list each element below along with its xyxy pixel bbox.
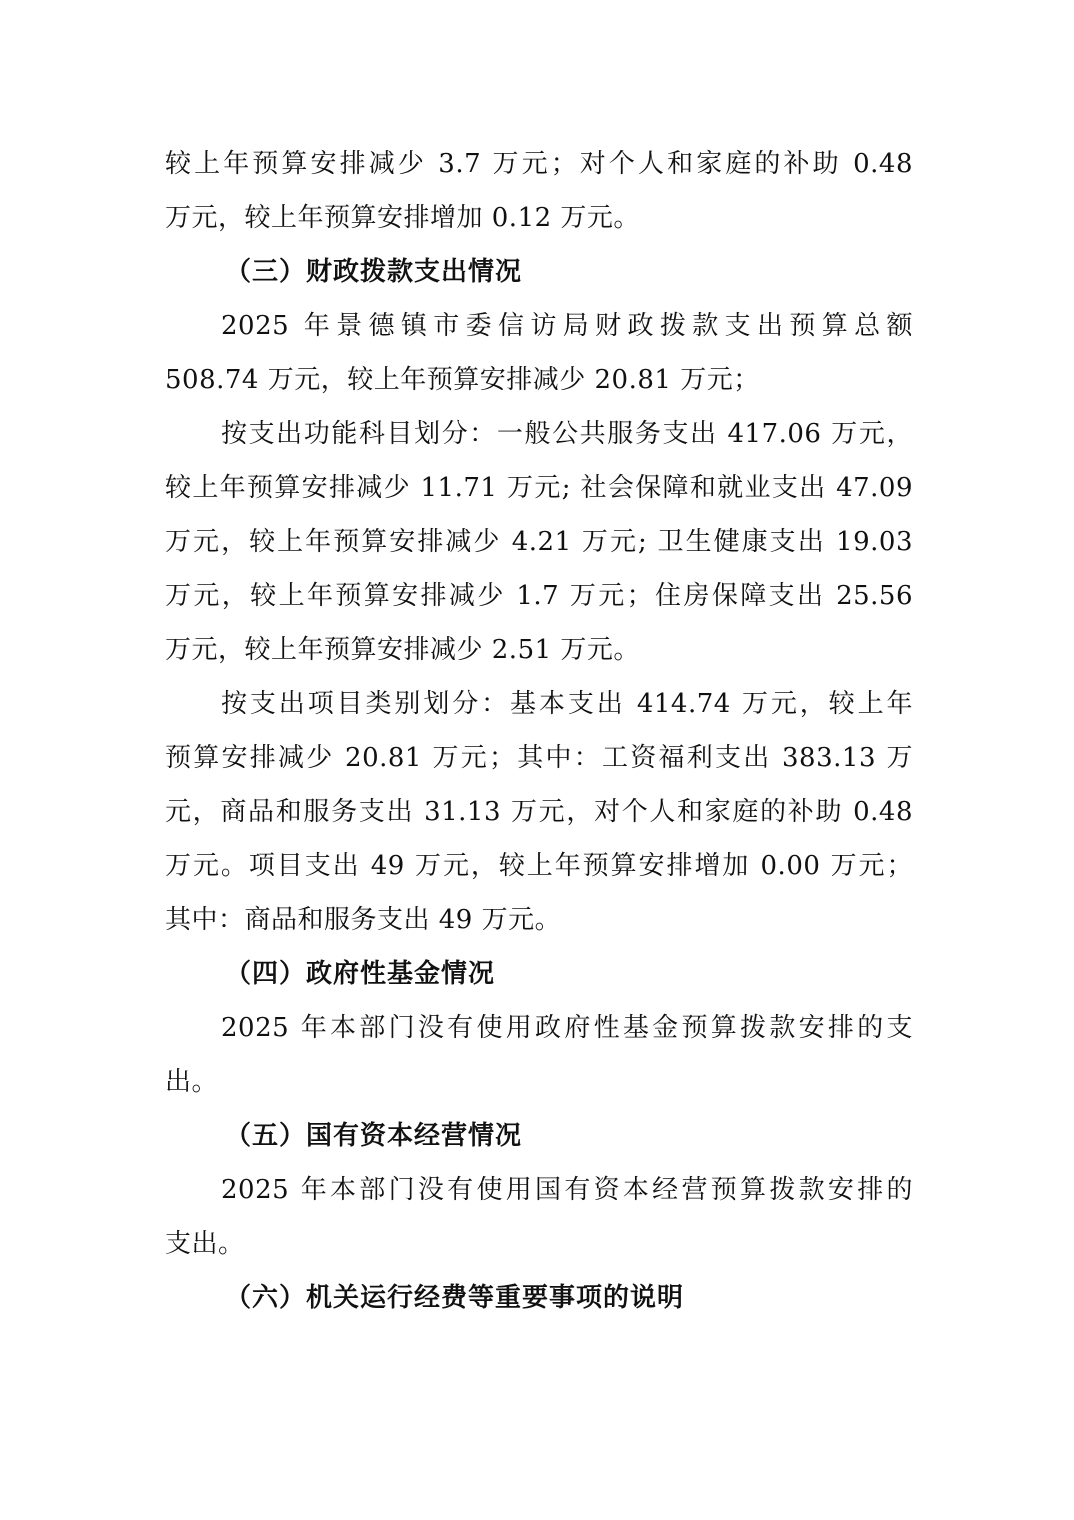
paragraph-total-budget: 2025 年景德镇市委信访局财政拨款支出预算总额 508.74 万元，较上年预算… — [165, 299, 913, 407]
section-heading-operating-expenses: （六）机关运行经费等重要事项的说明 — [165, 1271, 913, 1325]
text-line: 出。 — [165, 1055, 913, 1109]
text-line: 万元。项目支出 49 万元，较上年预算安排增加 0.00 万元； — [165, 839, 913, 893]
text-line: 较上年预算安排减少 11.71 万元; 社会保障和就业支出 47.09 — [165, 461, 913, 515]
text-line: 万元，较上年预算安排减少 4.21 万元; 卫生健康支出 19.03 — [165, 515, 913, 569]
text-line: 其中：商品和服务支出 49 万元。 — [165, 893, 913, 947]
text-line: 按支出项目类别划分：基本支出 414.74 万元，较上年 — [165, 677, 913, 731]
paragraph-state-capital-operation: 2025 年本部门没有使用国有资本经营预算拨款安排的 支出。 — [165, 1163, 913, 1271]
text-line: 预算安排减少 20.81 万元；其中：工资福利支出 383.13 万 — [165, 731, 913, 785]
text-line: 万元，较上年预算安排减少 2.51 万元。 — [165, 623, 913, 677]
text-line: 2025 年本部门没有使用国有资本经营预算拨款安排的 — [165, 1163, 913, 1217]
text-line: 万元，较上年预算安排减少 1.7 万元；住房保障支出 25.56 — [165, 569, 913, 623]
text-line: 元，商品和服务支出 31.13 万元，对个人和家庭的补助 0.48 — [165, 785, 913, 839]
text-line: 万元，较上年预算安排增加 0.12 万元。 — [165, 191, 913, 245]
paragraph-continuation: 较上年预算安排减少 3.7 万元；对个人和家庭的补助 0.48 万元，较上年预算… — [165, 137, 913, 245]
section-heading-state-capital-operation: （五）国有资本经营情况 — [165, 1109, 913, 1163]
text-line: 2025 年景德镇市委信访局财政拨款支出预算总额 — [165, 299, 913, 353]
section-heading-fiscal-appropriation-expenditure: （三）财政拨款支出情况 — [165, 245, 913, 299]
paragraph-government-fund: 2025 年本部门没有使用政府性基金预算拨款安排的支 出。 — [165, 1001, 913, 1109]
text-line: 508.74 万元，较上年预算安排减少 20.81 万元； — [165, 353, 913, 407]
section-heading-government-fund: （四）政府性基金情况 — [165, 947, 913, 1001]
paragraph-by-function: 按支出功能科目划分：一般公共服务支出 417.06 万元， 较上年预算安排减少 … — [165, 407, 913, 677]
text-line: 支出。 — [165, 1217, 913, 1271]
text-line: 2025 年本部门没有使用政府性基金预算拨款安排的支 — [165, 1001, 913, 1055]
document-page: 较上年预算安排减少 3.7 万元；对个人和家庭的补助 0.48 万元，较上年预算… — [165, 137, 913, 1325]
text-line: 较上年预算安排减少 3.7 万元；对个人和家庭的补助 0.48 — [165, 137, 913, 191]
text-line: 按支出功能科目划分：一般公共服务支出 417.06 万元， — [165, 407, 913, 461]
paragraph-by-category: 按支出项目类别划分：基本支出 414.74 万元，较上年 预算安排减少 20.8… — [165, 677, 913, 947]
